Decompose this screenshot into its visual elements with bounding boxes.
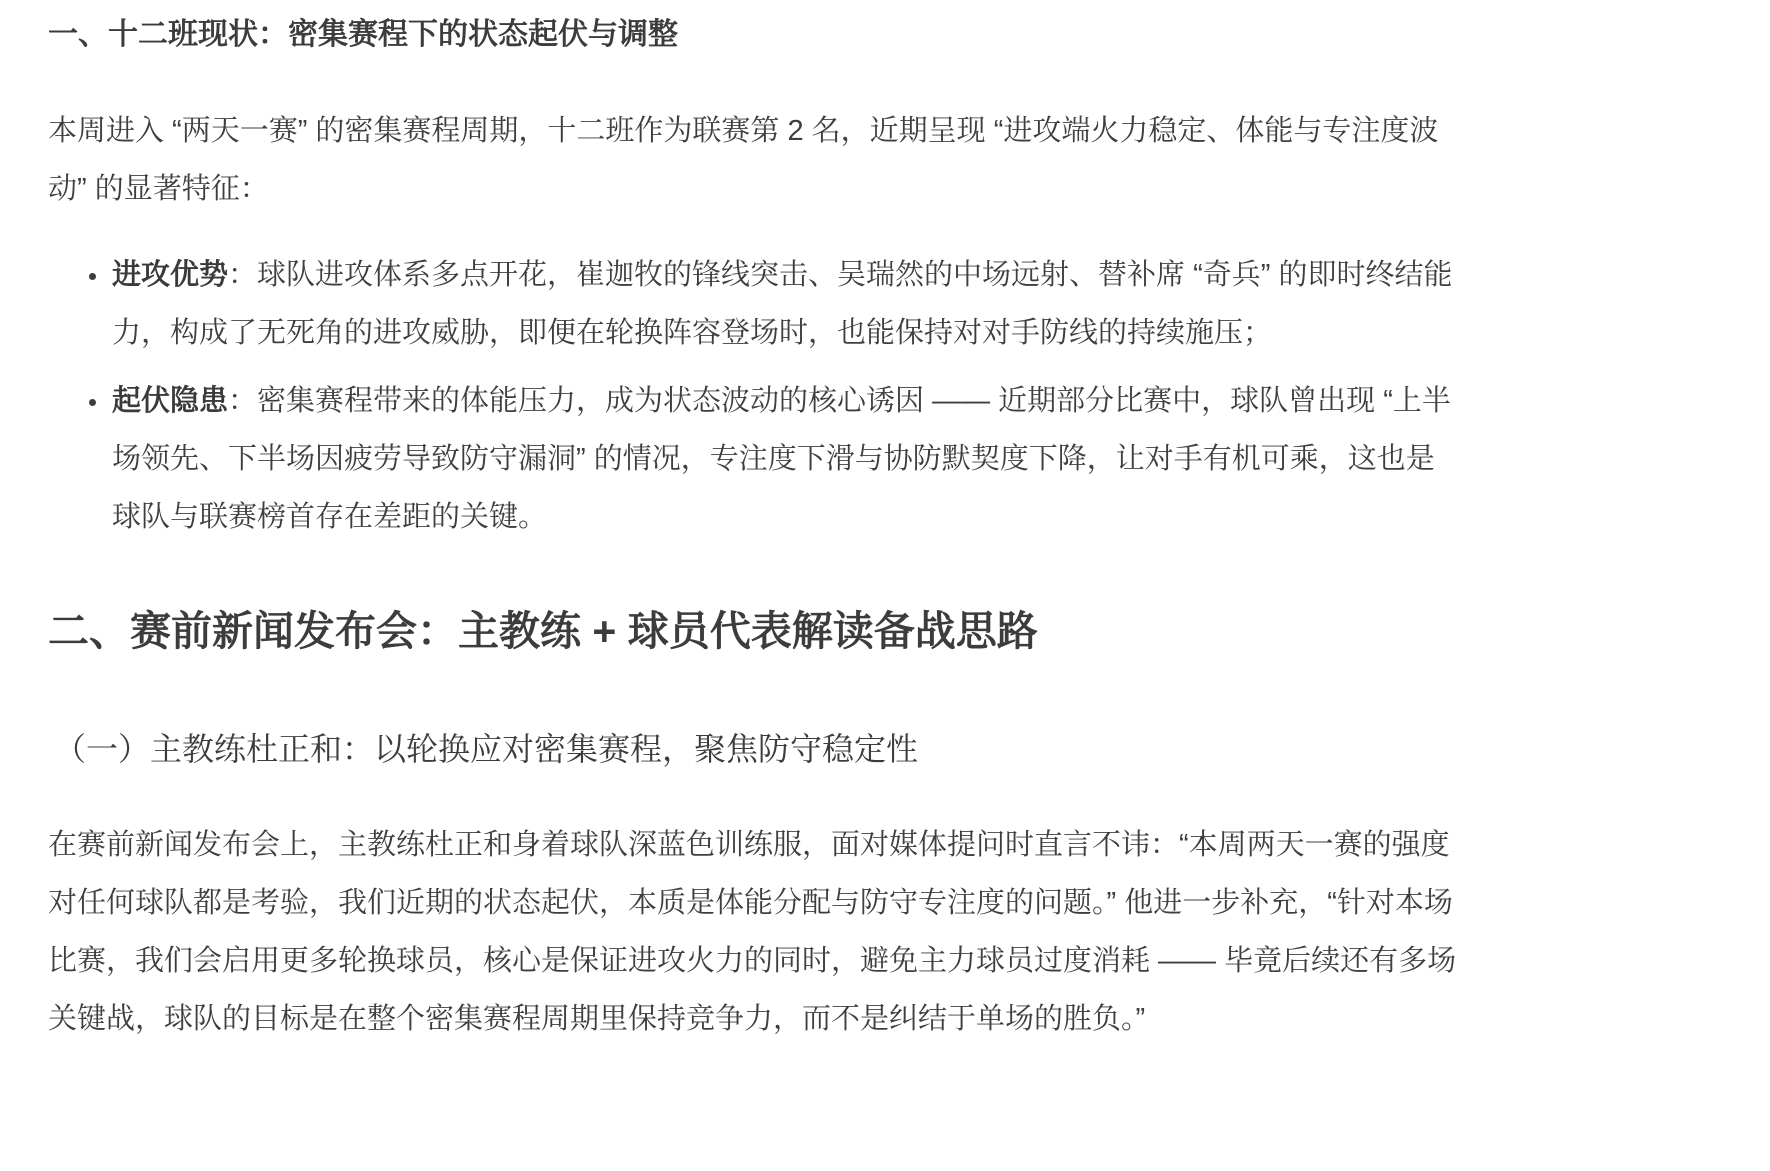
bullet-term: 进攻优势 (112, 259, 228, 291)
section-2-heading: 二、赛前新闻发布会：主教练 + 球员代表解读备战思路 (48, 602, 1460, 660)
list-item-offense: 进攻优势：球队进攻体系多点开花，崔迦牧的锋线突击、吴瑞然的中场远射、替补席 “奇… (110, 246, 1460, 362)
bullet-term: 起伏隐患 (112, 385, 228, 417)
bullet-text: ：球队进攻体系多点开花，崔迦牧的锋线突击、吴瑞然的中场远射、替补席 “奇兵” 的… (112, 259, 1452, 349)
bullet-text: ：密集赛程带来的体能压力，成为状态波动的核心诱因 —— 近期部分比赛中，球队曾出… (112, 385, 1451, 533)
coach-quote-paragraph: 在赛前新闻发布会上，主教练杜正和身着球队深蓝色训练服，面对媒体提问时直言不讳：“… (48, 816, 1460, 1048)
section-1-intro: 本周进入 “两天一赛” 的密集赛程周期，十二班作为联赛第 2 名，近期呈现 “进… (48, 102, 1460, 218)
feature-list: 进攻优势：球队进攻体系多点开花，崔迦牧的锋线突击、吴瑞然的中场远射、替补席 “奇… (48, 246, 1460, 546)
section-2-subheading: （一）主教练杜正和：以轮换应对密集赛程，聚焦防守稳定性 (54, 726, 1460, 772)
article: 一、十二班现状：密集赛程下的状态起伏与调整 本周进入 “两天一赛” 的密集赛程周… (0, 0, 1770, 1048)
section-1-heading: 一、十二班现状：密集赛程下的状态起伏与调整 (48, 14, 1460, 56)
list-item-risk: 起伏隐患：密集赛程带来的体能压力，成为状态波动的核心诱因 —— 近期部分比赛中，… (110, 372, 1460, 546)
